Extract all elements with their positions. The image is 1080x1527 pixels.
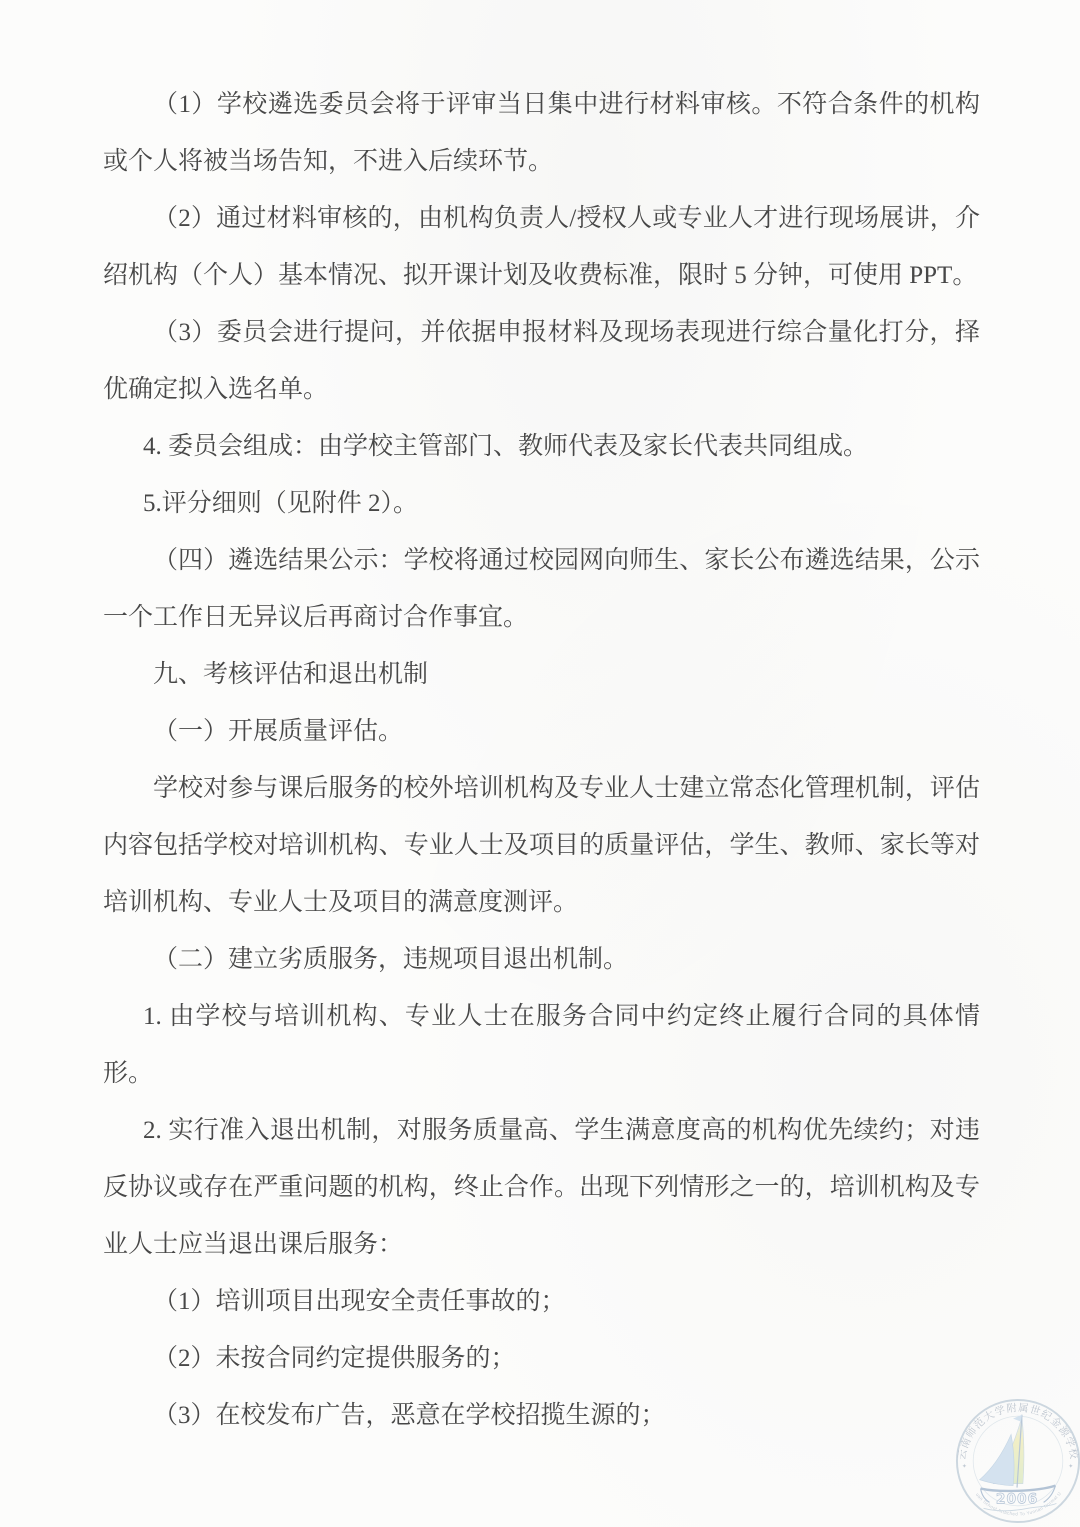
section-heading: 九、考核评估和退出机制 (103, 646, 980, 703)
document-page-text: （1）学校遴选委员会将于评审当日集中进行材料审核。不符合条件的机构或个人将被当场… (103, 76, 980, 1444)
seal-year-2006: 2006 (996, 1491, 1038, 1507)
paragraph: 学校对参与课后服务的校外培训机构及专业人士建立常态化管理机制，评估内容包括学校对… (103, 760, 980, 931)
hull-deck (981, 1486, 1056, 1491)
seal-separator-left: ✦ (962, 1463, 967, 1470)
paragraph: （1）学校遴选委员会将于评审当日集中进行材料审核。不符合条件的机构或个人将被当场… (103, 76, 980, 190)
paragraph: 4. 委员会组成：由学校主管部门、教师代表及家长代表共同组成。 (103, 418, 980, 475)
subsection-heading: （一）开展质量评估。 (103, 703, 980, 760)
list-item: （1）培训项目出现安全责任事故的； (103, 1273, 980, 1330)
school-seal-graphic: 云南师范大学附属世纪金源学校 Shiji Jinyuan School Atta… (954, 1397, 1080, 1525)
paragraph: 1. 由学校与培训机构、专业人士在服务合同中约定终止履行合同的具体情形。 (103, 988, 980, 1102)
list-item: （2）未按合同约定提供服务的； (103, 1330, 980, 1387)
paragraph: 5.评分细则（见附件 2）。 (103, 475, 980, 532)
subsection-heading: （二）建立劣质服务，违规项目退出机制。 (103, 931, 980, 988)
list-item: （3）在校发布广告，恶意在学校招揽生源的； (103, 1387, 980, 1444)
paragraph: 2. 实行准入退出机制，对服务质量高、学生满意度高的机构优先续约；对违反协议或存… (103, 1102, 980, 1273)
pennant (1013, 1415, 1022, 1422)
sail-left (980, 1434, 1015, 1485)
seal-separator-right: ✦ (1068, 1463, 1073, 1470)
paragraph: （四）遴选结果公示：学校将通过校园网向师生、家长公布遴选结果，公示一个工作日无异… (103, 532, 980, 646)
paragraph: （2）通过材料审核的，由机构负责人/授权人或专业人才进行现场展讲，介绍机构（个人… (103, 190, 980, 304)
paragraph: （3）委员会进行提问，并依据申报材料及现场表现进行综合量化打分，择优确定拟入选名… (103, 304, 980, 418)
school-seal-watermark: 云南师范大学附属世纪金源学校 Shiji Jinyuan School Atta… (954, 1397, 1080, 1525)
